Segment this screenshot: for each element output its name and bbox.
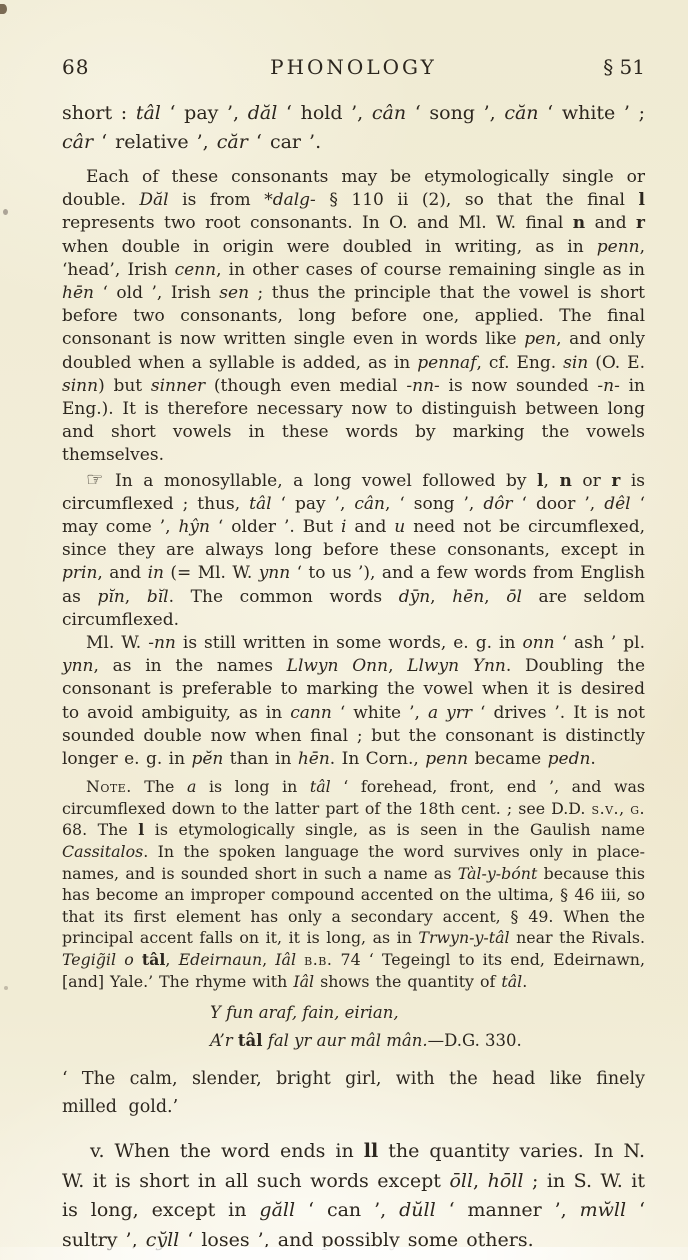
text-run: ynn <box>62 656 94 676</box>
text-run: -n- <box>597 376 619 396</box>
text-run: Note. <box>86 777 132 796</box>
text-run: Cassitalos <box>62 842 143 861</box>
text-run: mw̆ll <box>580 1199 626 1221</box>
page-bottom-edge <box>0 1247 688 1260</box>
text-run: tâl <box>249 494 271 514</box>
text-run: cann <box>290 703 332 723</box>
text-run: Llwyn Ynn <box>407 656 506 676</box>
text-run: when double in origin were doubled in wr… <box>62 237 597 257</box>
text-run: ll <box>364 1140 378 1162</box>
text-run: Ml. W. <box>86 633 148 653</box>
text-run: ‘ door ’, <box>513 494 605 514</box>
text-run: g. <box>630 799 645 818</box>
text-run: pennaf <box>417 353 476 373</box>
consonants-paragraph: Each of these consonants may be etymolog… <box>62 166 645 468</box>
text-run: is from * <box>169 190 273 210</box>
text-run: sin <box>563 353 588 373</box>
text-run: n <box>573 213 585 233</box>
text-run: pĕn <box>191 749 223 769</box>
text-run: is etymologically single, as is seen in … <box>144 820 645 839</box>
text-run: a yrr <box>428 703 472 723</box>
text-run: , <box>544 471 560 491</box>
text-run: ‘ can ’, <box>295 1199 399 1221</box>
verse-quote: Y fun araf, fain, eirian,A’r tâl fal yr … <box>62 999 645 1055</box>
text-run: or <box>572 471 611 491</box>
continuation-paragraph: short : tâl ‘ pay ’, dăl ‘ hold ’, cân ‘… <box>62 99 645 157</box>
text-run: In a monosyllable, a long vowel followed… <box>105 471 538 491</box>
text-run: The <box>132 777 187 796</box>
section-number: § 51 <box>603 55 645 79</box>
text-run: Dăl <box>139 190 168 210</box>
text-run: ‘ The calm, slender, bright girl, with t… <box>62 1069 645 1117</box>
text-run: , as in the names <box>94 656 287 676</box>
text-run: (though even medial <box>205 376 406 396</box>
text-run: is long in <box>196 777 310 796</box>
text-run: ‘ older ’. But <box>210 517 341 537</box>
variation-paragraph: v. When the word ends in ll the quantity… <box>62 1137 645 1255</box>
text-run: —D.G. 330. <box>428 1031 522 1050</box>
book-page: 68 PHONOLOGY § 51 short : tâl ‘ pay ’, d… <box>0 0 688 1260</box>
text-run: § 110 ii (2), so that the final <box>316 190 639 210</box>
running-head: 68 PHONOLOGY § 51 <box>62 55 645 79</box>
text-run: sinn <box>62 376 98 396</box>
text-run: n <box>559 471 571 491</box>
text-run: ‘ white ’, <box>332 703 428 723</box>
text-run: ynn <box>259 563 291 583</box>
text-run: , <box>165 950 178 969</box>
text-run: Tàl-y-bónt <box>458 864 538 883</box>
text-run: Tegig̃il o <box>62 950 142 969</box>
text-run: r <box>636 213 645 233</box>
text-run: (= Ml. W. <box>164 563 259 583</box>
text-run: than in <box>223 749 297 769</box>
text-run: tâl <box>310 777 331 796</box>
pointing-hand-icon: ☞ <box>86 468 105 491</box>
note-paragraph: Note. The a is long in tâl ‘ forehead, f… <box>62 776 645 992</box>
text-run: and <box>585 213 636 233</box>
text-run: dôr <box>483 494 512 514</box>
text-run: prin <box>62 563 97 583</box>
text-run: ) but <box>98 376 151 396</box>
text-run: , <box>473 1170 488 1192</box>
text-run <box>296 950 304 969</box>
text-run: sen <box>219 283 249 303</box>
text-run: Llwyn Onn <box>287 656 388 676</box>
text-run: -nn <box>148 633 176 653</box>
text-run: in <box>148 563 164 583</box>
text-run: ‘ ash ’ pl. <box>555 633 645 653</box>
text-run: dêl <box>604 494 630 514</box>
text-run: -nn- <box>406 376 439 396</box>
text-run: near the Rivals. <box>510 928 645 947</box>
text-run: căn <box>504 102 538 124</box>
text-run: hŷn <box>178 517 210 537</box>
text-run: , and <box>97 563 147 583</box>
page-edge-stain <box>0 4 7 14</box>
text-run: bĭl <box>147 587 169 607</box>
verse-line: A’r tâl fal yr aur mâl mân.—D.G. 330. <box>210 1027 645 1055</box>
text-run: ‘ relative ’, <box>93 131 217 153</box>
text-run: ‘ pay ’, <box>161 102 248 124</box>
text-run: v. When the word ends in <box>90 1140 364 1162</box>
text-run: fal yr aur mâl mân. <box>262 1031 427 1050</box>
text-run: ‘ car ’. <box>248 131 321 153</box>
text-run: Trwyn-y-tâl <box>418 928 509 947</box>
text-run: Edeirnaun <box>179 950 263 969</box>
page-number: 68 <box>62 55 89 79</box>
text-run: l <box>639 190 645 210</box>
text-run: ōll <box>449 1170 473 1192</box>
text-run: hōll <box>488 1170 524 1192</box>
text-run: tâl <box>142 950 166 969</box>
text-run: , cf. Eng. <box>477 353 564 373</box>
text-run: , in other cases of course remaining sin… <box>216 260 645 280</box>
text-run: ‘ old ’, Irish <box>94 283 219 303</box>
text-run: Iâl <box>293 972 314 991</box>
text-run: , <box>619 799 630 818</box>
text-run: hēn <box>298 749 330 769</box>
text-run: tâl <box>501 972 522 991</box>
text-run: and <box>346 517 394 537</box>
text-run: sinner <box>151 376 205 396</box>
text-run: 68. The <box>62 820 138 839</box>
text-run: s.v. <box>592 799 620 818</box>
text-run: dăl <box>248 102 278 124</box>
text-run: , <box>484 587 506 607</box>
text-run: găll <box>259 1199 295 1221</box>
text-run: ‘ manner ’, <box>436 1199 580 1221</box>
text-run: a <box>187 777 196 796</box>
text-run: ‘ pay ’, <box>272 494 355 514</box>
text-run: . <box>590 749 595 769</box>
text-run: căr <box>217 131 248 153</box>
text-run: câr <box>62 131 93 153</box>
text-run: cenn <box>175 260 216 280</box>
text-run: pen <box>524 329 556 349</box>
text-run: pĭn <box>98 587 125 607</box>
text-run: . In Corn., <box>330 749 425 769</box>
text-run: b.b. <box>304 950 332 969</box>
text-run: hēn <box>62 283 94 303</box>
text-run: tâl <box>238 1031 263 1050</box>
text-run: . <box>522 972 527 991</box>
text-run: short : <box>62 102 136 124</box>
text-run: (O. E. <box>588 353 645 373</box>
text-run: , <box>388 656 407 676</box>
hand-note-paragraph: ☞ In a monosyllable, a long vowel follow… <box>62 468 645 632</box>
text-run: dalg- <box>273 190 316 210</box>
verse-line: Y fun araf, fain, eirian, <box>210 999 645 1027</box>
text-run: onn <box>522 633 554 653</box>
text-run: . The common words <box>169 587 399 607</box>
text-run: Iâl <box>275 950 296 969</box>
page-title: PHONOLOGY <box>270 55 437 79</box>
text-run: penn <box>597 237 640 257</box>
text-run: penn <box>425 749 468 769</box>
page-speck <box>3 209 8 215</box>
text-run: ‘ white ’ ; <box>539 102 645 124</box>
text-run: , <box>125 587 147 607</box>
text-run: r <box>611 471 620 491</box>
text-run: A’r <box>210 1031 238 1050</box>
text-run: represents two root consonants. In O. an… <box>62 213 573 233</box>
text-body: short : tâl ‘ pay ’, dăl ‘ hold ’, cân ‘… <box>62 99 645 1255</box>
text-run: is still written in some words, e. g. in <box>176 633 523 653</box>
ml-w-paragraph: Ml. W. -nn is still written in some word… <box>62 632 645 771</box>
text-run: tâl <box>136 102 161 124</box>
text-run: dȳn <box>399 587 430 607</box>
text-run: , <box>262 950 275 969</box>
text-run: ‘ hold ’, <box>277 102 372 124</box>
text-run: dŭll <box>399 1199 436 1221</box>
text-run: shows the quantity of <box>314 972 501 991</box>
text-run: hēn <box>452 587 484 607</box>
text-run: ōl <box>506 587 522 607</box>
text-run: became <box>468 749 548 769</box>
text-run: , ‘ song ’, <box>385 494 483 514</box>
text-run: is now sounded <box>440 376 598 396</box>
text-run: Y fun araf, fain, eirian, <box>210 1003 399 1022</box>
text-run: ‘ song ’, <box>406 102 504 124</box>
text-run: cân <box>354 494 385 514</box>
text-run: , <box>430 587 452 607</box>
text-run: u <box>394 517 405 537</box>
text-run: pedn <box>548 749 591 769</box>
translation-paragraph: ‘ The calm, slender, bright girl, with t… <box>62 1065 645 1121</box>
page-speck <box>4 986 8 990</box>
text-run: cân <box>372 102 406 124</box>
